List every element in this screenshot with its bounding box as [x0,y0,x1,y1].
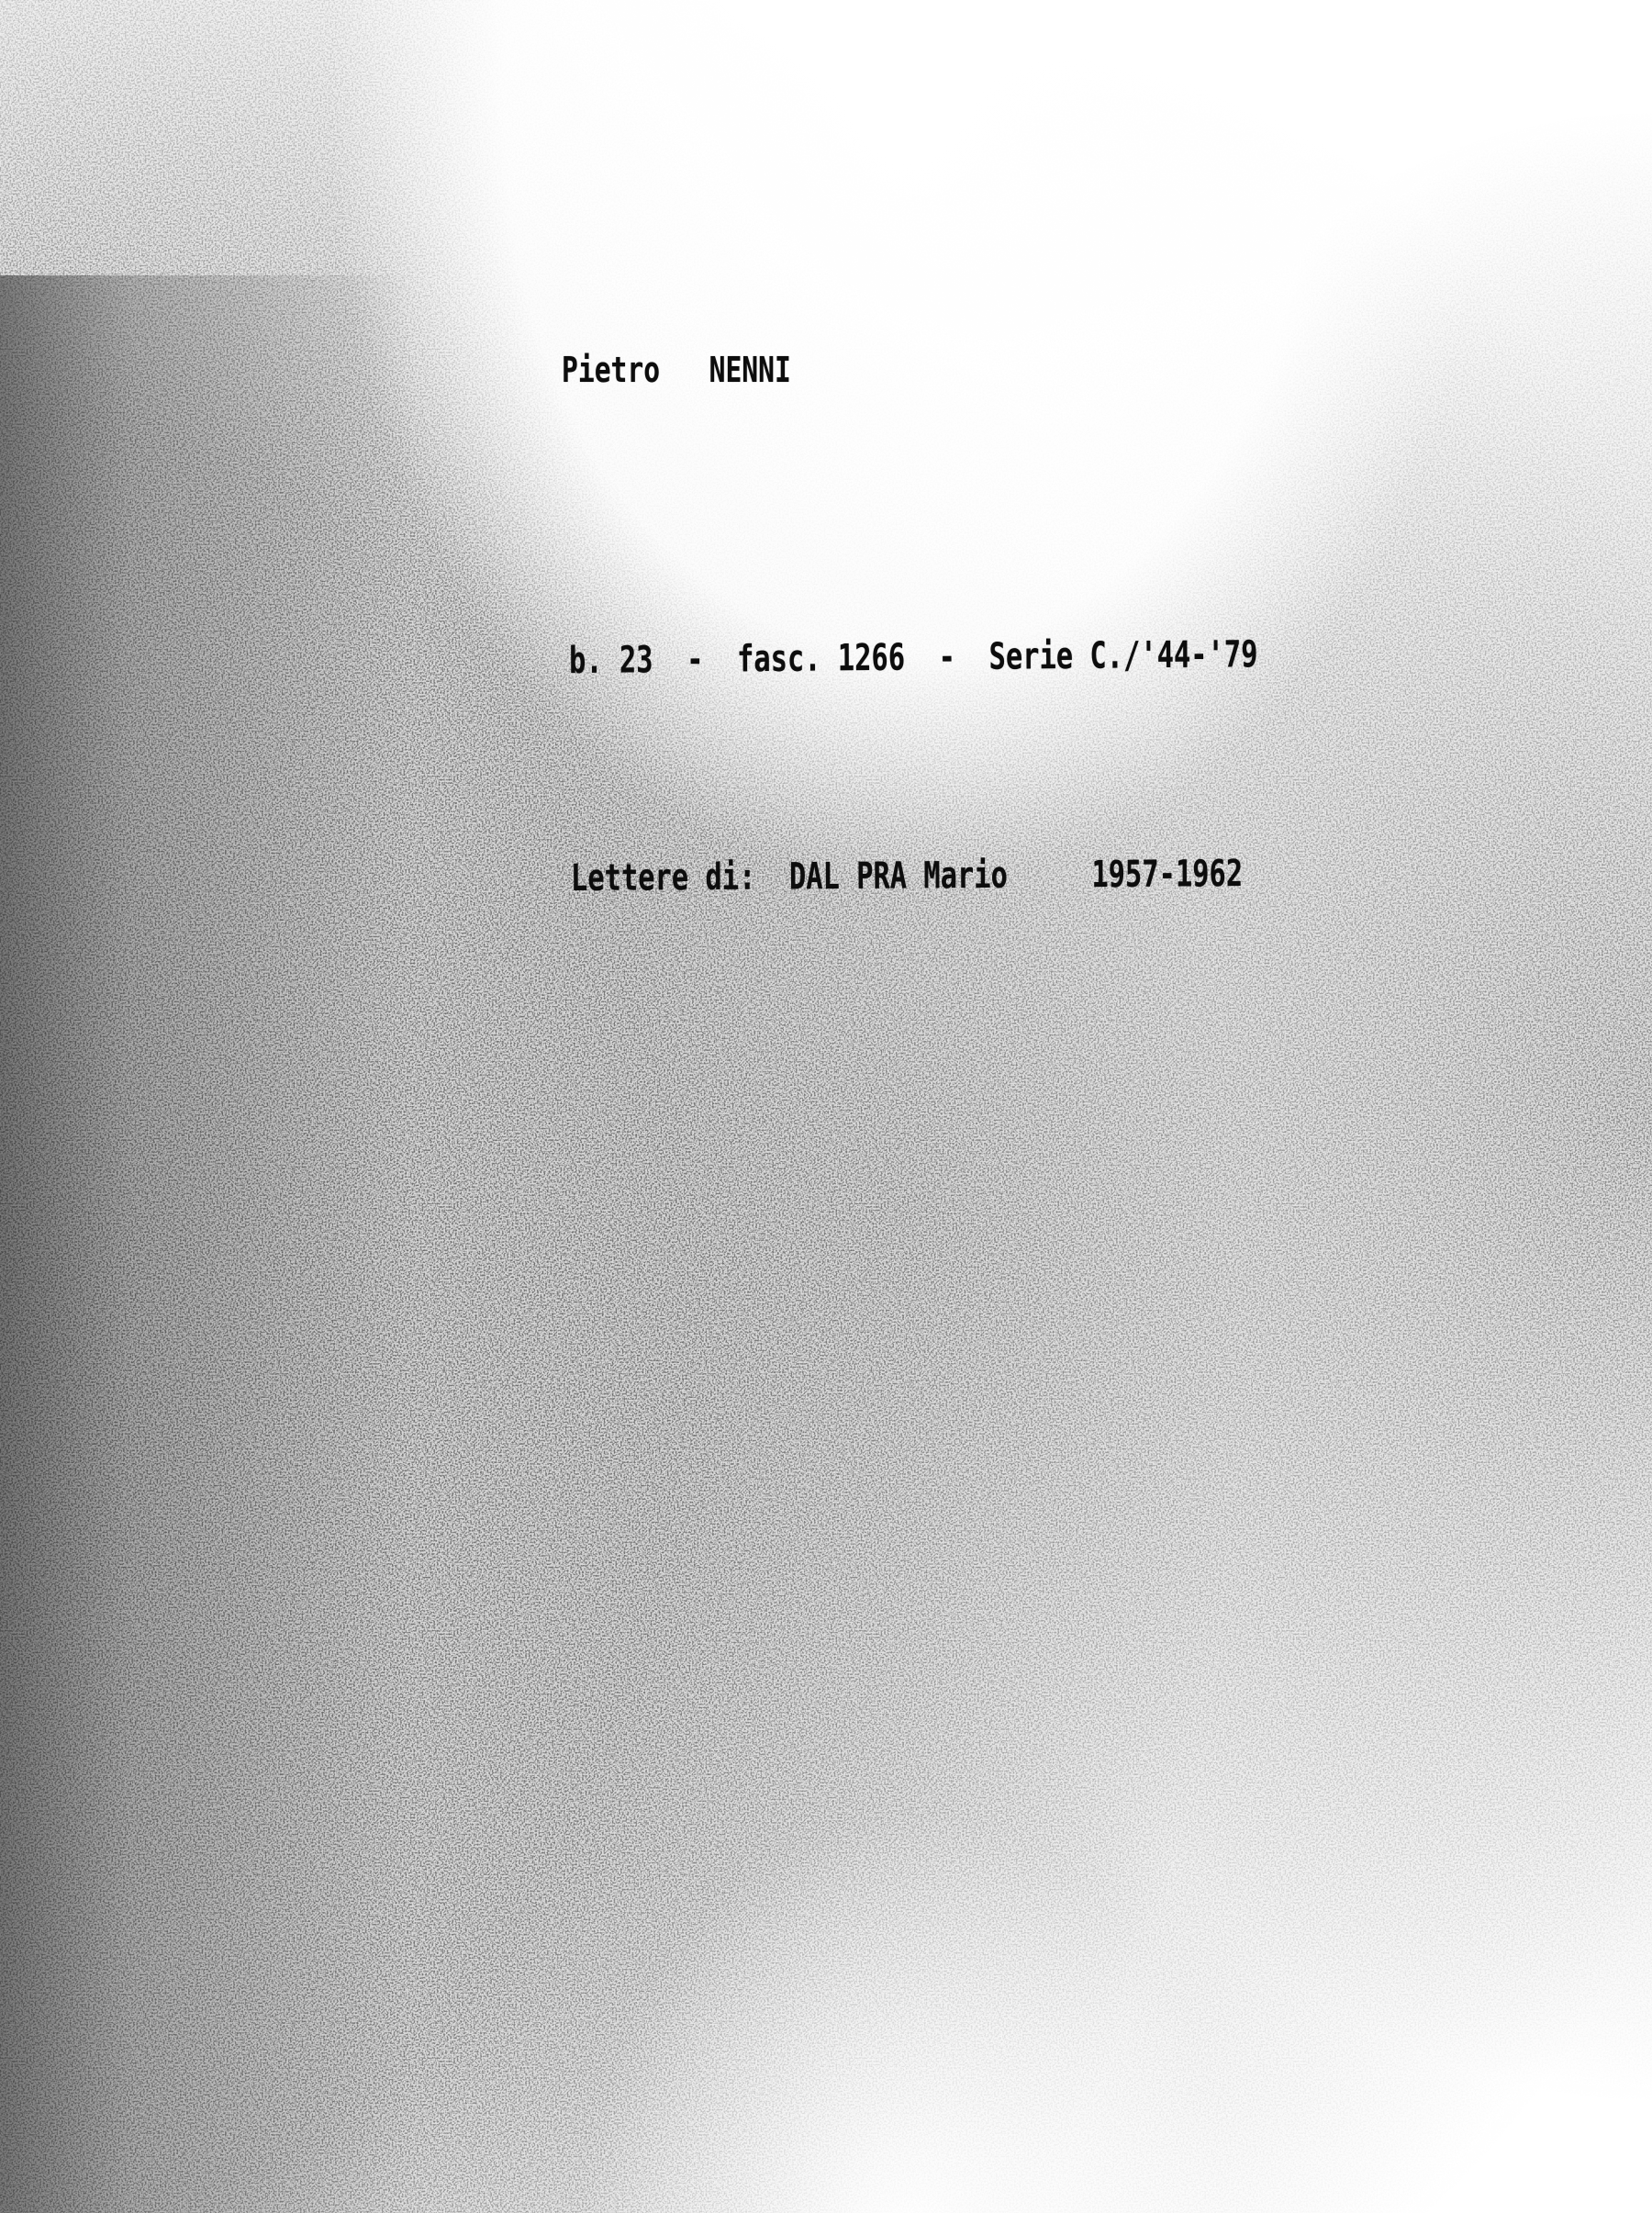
scanned-document-page: Pietro NENNI b. 23 - fasc. 1266 - Serie … [0,0,1652,2213]
letters-description: Lettere di: DAL PRA Mario 1957-1962 [571,853,1243,900]
author-first-name: Pietro [562,350,660,390]
serie-label: Serie C./'44-'79 [988,633,1257,678]
author-name: Pietro NENNI [562,350,791,390]
fascicolo-number: fasc. 1266 [737,637,905,681]
author-last-name: NENNI [709,350,791,390]
separator: - [686,639,704,681]
correspondent-name: DAL PRA Mario [789,855,1008,899]
photocopy-grain-background [0,0,1652,2213]
archive-reference: b. 23 - fasc. 1266 - Serie C./'44-'79 [569,633,1258,682]
letters-label: Lettere di: [571,856,756,900]
date-range: 1957-1962 [1091,853,1243,896]
busta-number: b. 23 [569,639,653,682]
separator: - [939,636,956,678]
